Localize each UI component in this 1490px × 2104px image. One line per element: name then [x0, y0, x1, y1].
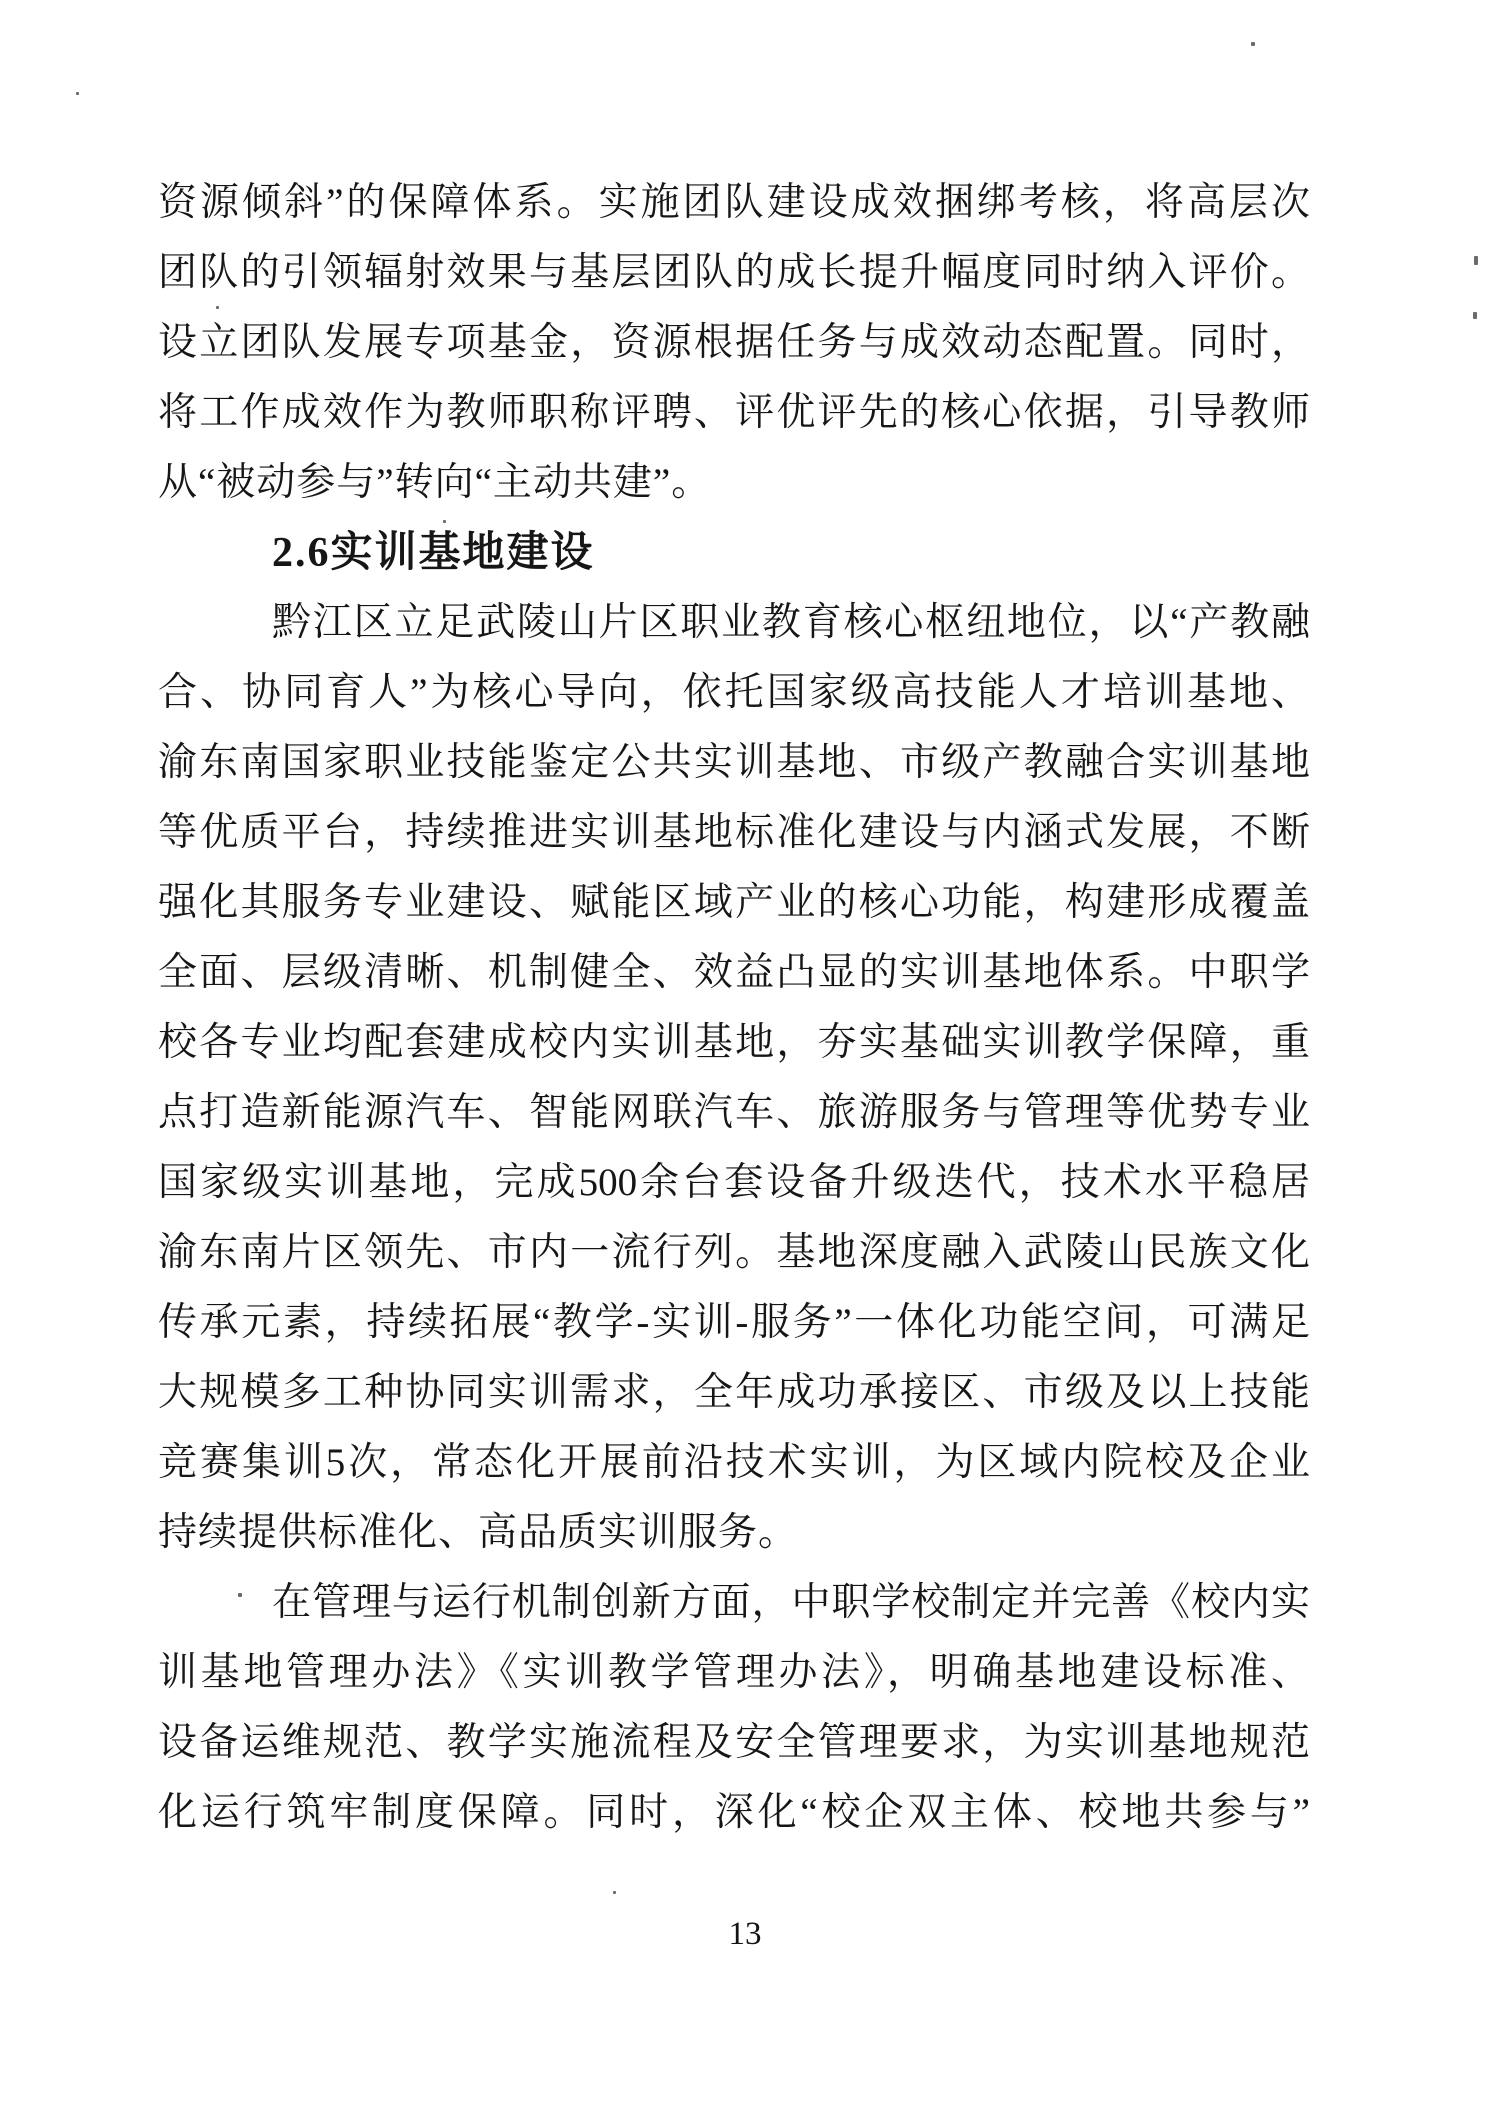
text-line: 将工作成效作为教师职称评聘、评优评先的核心依据，引导教师 [158, 378, 1310, 448]
scan-speck [1251, 42, 1255, 46]
text-line: 渝东南国家职业技能鉴定公共实训基地、市级产教融合实训基地 [158, 728, 1310, 798]
text-line: 大规模多工种协同实训需求，全年成功承接区、市级及以上技能 [158, 1358, 1310, 1428]
scan-speck [1473, 312, 1477, 319]
text-line: 团队的引领辐射效果与基层团队的成长提升幅度同时纳入评价。 [158, 238, 1310, 308]
text-line: 校各专业均配套建成校内实训基地，夯实基础实训教学保障，重 [158, 1008, 1310, 1078]
page-number: 13 [0, 1912, 1490, 1956]
text-line: 合、协同育人”为核心导向，依托国家级高技能人才培训基地、 [158, 658, 1310, 728]
text-line: 全面、层级清晰、机制健全、效益凸显的实训基地体系。中职学 [158, 938, 1310, 1008]
document-page: 资源倾斜”的保障体系。实施团队建设成效捆绑考核，将高层次团队的引领辐射效果与基层… [0, 0, 1490, 2104]
text-line: 渝东南片区领先、市内一流行列。基地深度融入武陵山民族文化 [158, 1218, 1310, 1288]
scan-speck [238, 1593, 242, 1597]
text-line: 国家级实训基地，完成500余台套设备升级迭代，技术水平稳居 [158, 1148, 1310, 1218]
text-column: 资源倾斜”的保障体系。实施团队建设成效捆绑考核，将高层次团队的引领辐射效果与基层… [158, 168, 1310, 1848]
text-line: 等优质平台，持续推进实训基地标准化建设与内涵式发展，不断 [158, 798, 1310, 868]
text-line: 强化其服务专业建设、赋能区域产业的核心功能，构建形成覆盖 [158, 868, 1310, 938]
scan-speck [216, 306, 219, 309]
text-line: 在管理与运行机制创新方面，中职学校制定并完善《校内实 [158, 1568, 1310, 1638]
scan-speck [443, 520, 446, 523]
scan-speck [1474, 256, 1478, 265]
text-line: 点打造新能源汽车、智能网联汽车、旅游服务与管理等优势专业 [158, 1078, 1310, 1148]
text-line: 竞赛集训5次，常态化开展前沿技术实训，为区域内院校及企业 [158, 1428, 1310, 1498]
text-line: 资源倾斜”的保障体系。实施团队建设成效捆绑考核，将高层次 [158, 168, 1310, 238]
scan-speck [613, 1891, 616, 1894]
text-line: 训基地管理办法》《实训教学管理办法》，明确基地建设标准、 [158, 1638, 1310, 1708]
text-line: 化运行筑牢制度保障。同时，深化“校企双主体、校地共参与” [158, 1778, 1310, 1848]
text-line: 持续提供标准化、高品质实训服务。 [158, 1498, 1310, 1568]
scan-speck [76, 92, 79, 95]
text-line: 设立团队发展专项基金，资源根据任务与成效动态配置。同时， [158, 308, 1310, 378]
text-line: 黔江区立足武陵山片区职业教育核心枢纽地位，以“产教融 [158, 588, 1310, 658]
text-line: 从“被动参与”转向“主动共建”。 [158, 448, 1310, 518]
text-line: 传承元素，持续拓展“教学-实训-服务”一体化功能空间，可满足 [158, 1288, 1310, 1358]
text-line: 设备运维规范、教学实施流程及安全管理要求，为实训基地规范 [158, 1708, 1310, 1778]
section-heading: 2.6实训基地建设 [158, 518, 1310, 588]
